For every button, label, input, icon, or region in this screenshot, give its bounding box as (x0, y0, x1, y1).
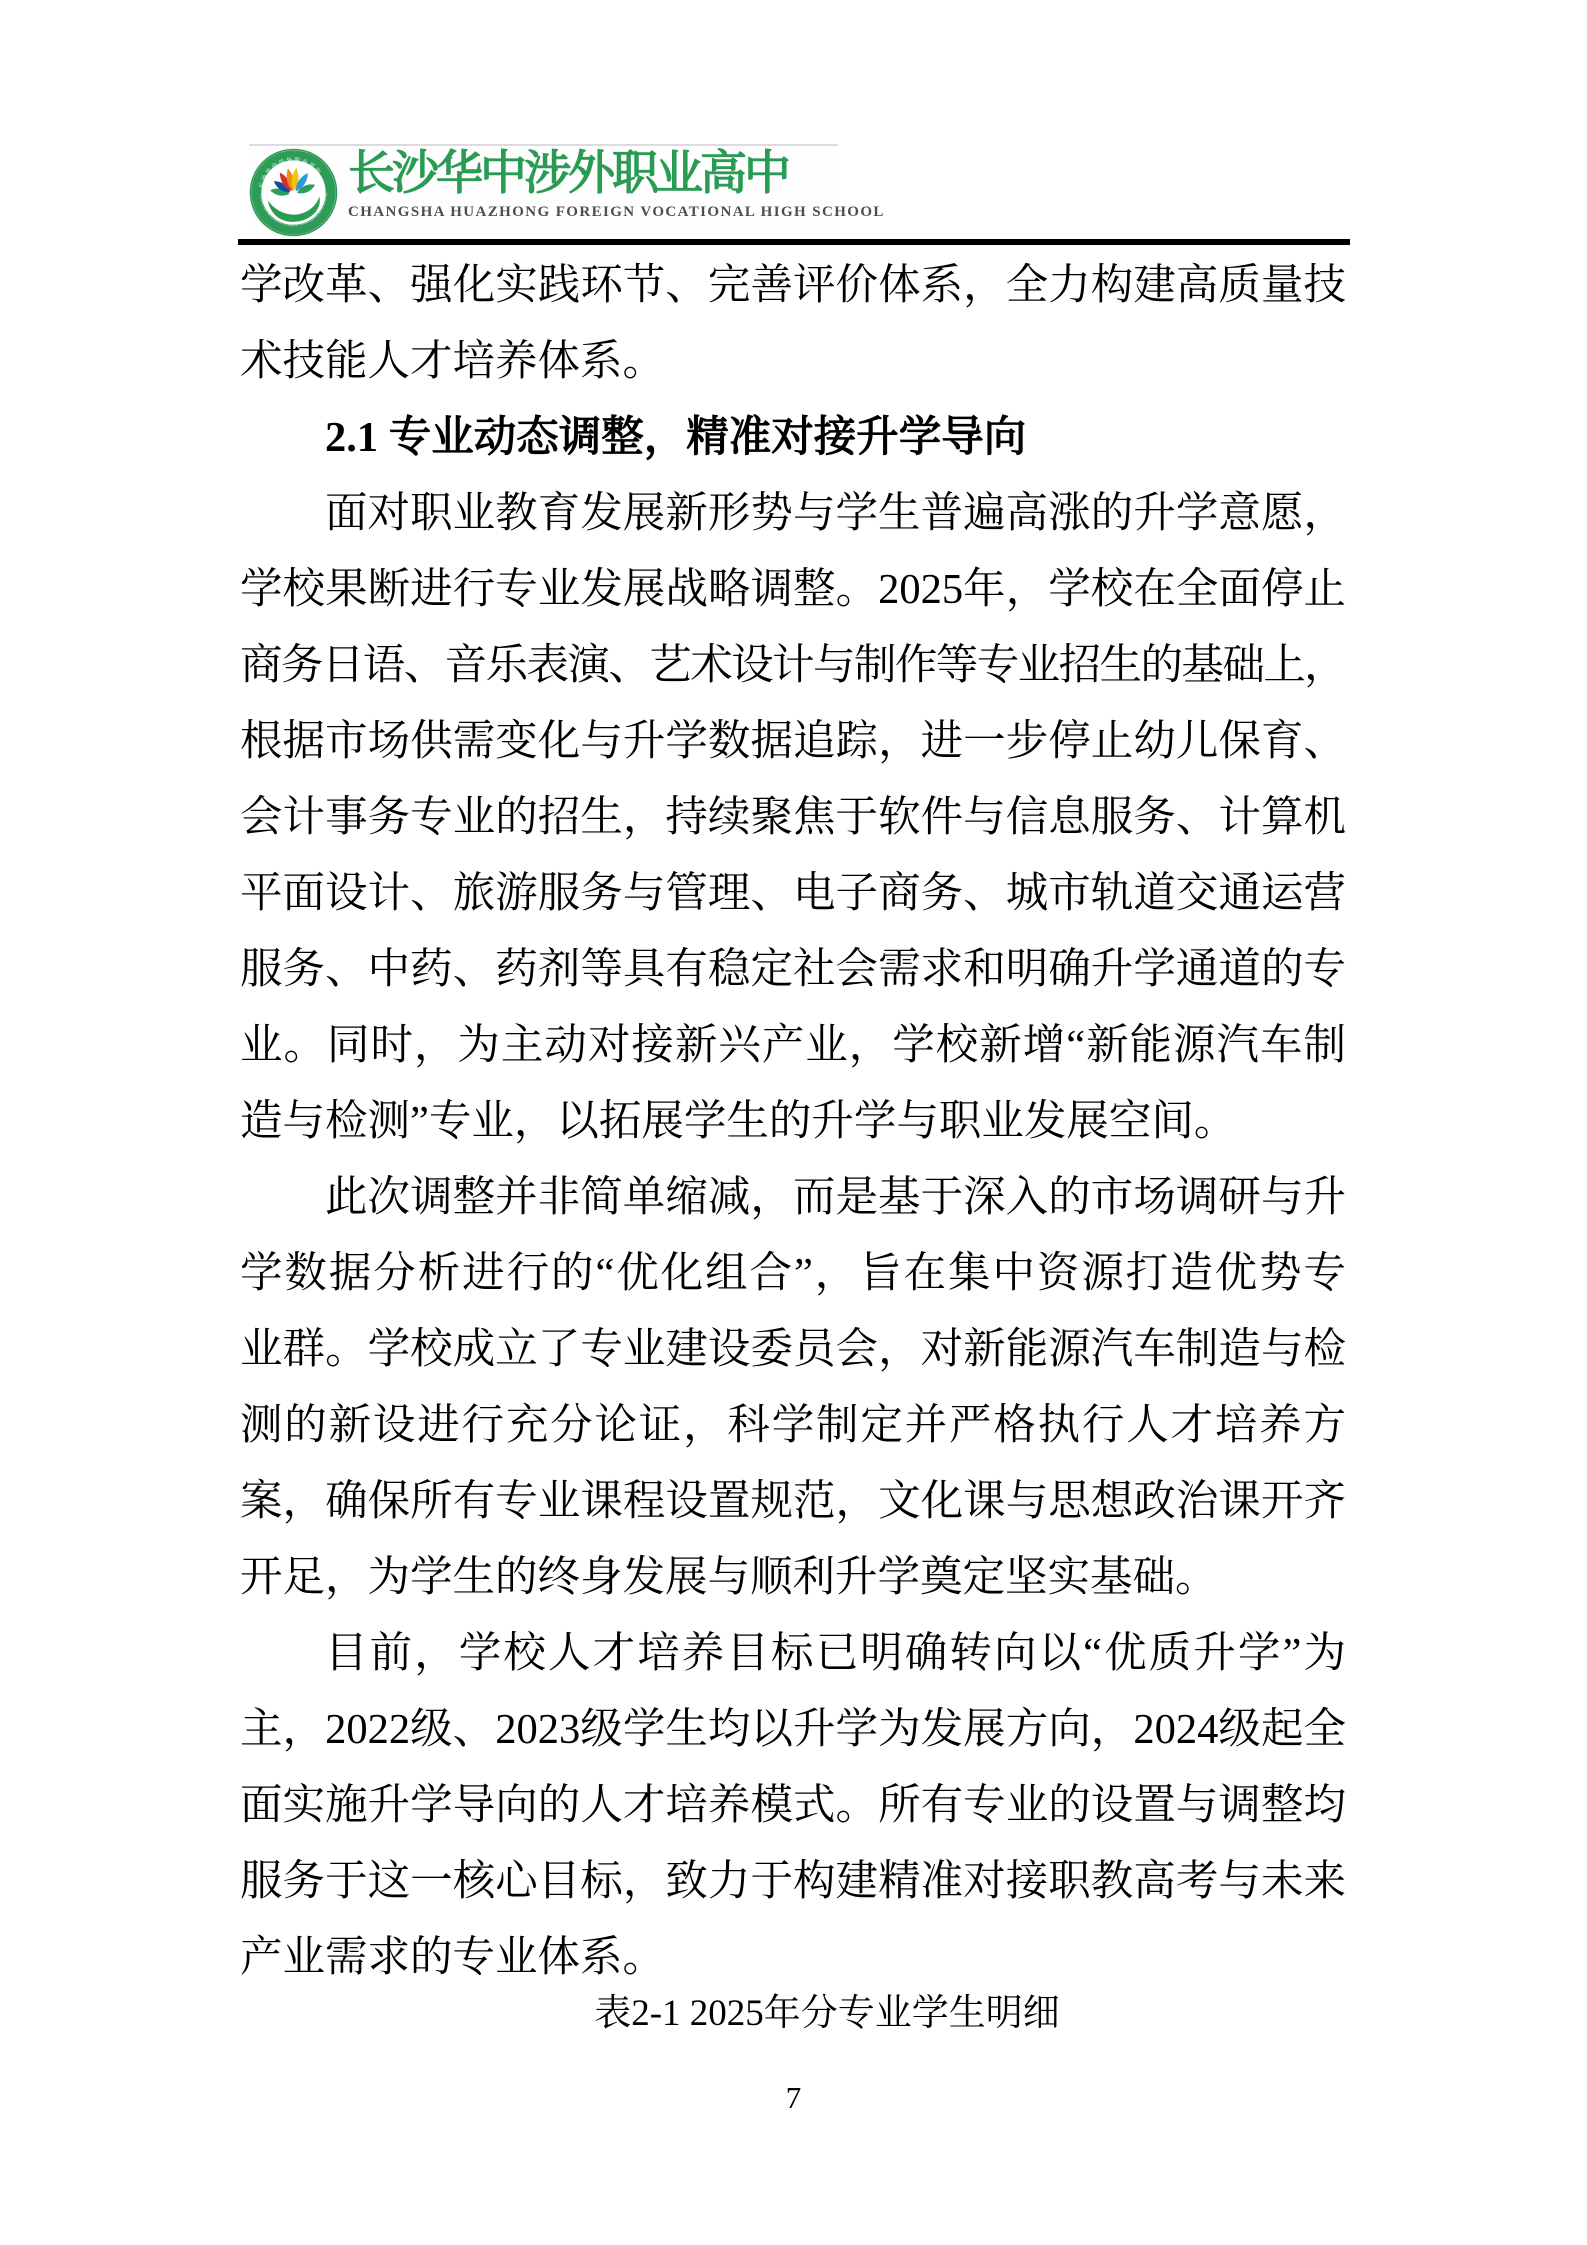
paragraph: 目前，学校人才培养目标已明确转向以“优质升学”为主，2022级、2023级学生均… (240, 1616, 1346, 1996)
text-line: 目前，学校人才培养目标已明确转向以“优质升学”为 (240, 1616, 1346, 1692)
text-line: 业。同时，为主动对接新兴产业，学校新增“新能源汽车制 (240, 1008, 1346, 1084)
text-line: 平面设计、旅游服务与管理、电子商务、城市轨道交通运营 (240, 856, 1346, 932)
text-line: 会计事务专业的招生，持续聚焦于软件与信息服务、计算机 (240, 780, 1346, 856)
text-line: 开足，为学生的终身发展与顺利升学奠定坚实基础。 (240, 1540, 1346, 1616)
text-line: 此次调整并非简单缩减，而是基于深入的市场调研与升 (240, 1160, 1346, 1236)
school-logo: 长沙华中涉外职业高中 CHANGSHA HUAZHONG FOREIGN VOC… (249, 148, 338, 237)
text-line: 案，确保所有专业课程设置规范，文化课与思想政治课开齐 (240, 1464, 1346, 1540)
text-line: 2.1 专业动态调整，精准对接升学导向 (240, 400, 1346, 476)
school-name-en: CHANGSHA HUAZHONG FOREIGN VOCATIONAL HIG… (348, 203, 838, 221)
document-body: 学改革、强化实践环节、完善评价体系，全力构建高质量技术技能人才培养体系。2.1 … (240, 248, 1346, 2044)
school-name-zh: 长沙华中涉外职业高中 (348, 146, 838, 202)
page-number: 7 (0, 2080, 1587, 2116)
header-divider-rule (238, 239, 1350, 245)
school-logo-icon: 长沙华中涉外职业高中 CHANGSHA HUAZHONG FOREIGN VOC… (249, 148, 338, 237)
text-line: 学校果断进行专业发展战略调整。2025年，学校在全面停止 (240, 552, 1346, 628)
paragraph: 此次调整并非简单缩减，而是基于深入的市场调研与升学数据分析进行的“优化组合”，旨… (240, 1160, 1346, 1616)
text-line: 术技能人才培养体系。 (240, 324, 1346, 400)
text-line: 主，2022级、2023级学生均以升学为发展方向，2024级起全 (240, 1692, 1346, 1768)
text-line: 学数据分析进行的“优化组合”，旨在集中资源打造优势专 (240, 1236, 1346, 1312)
text-line: 业群。学校成立了专业建设委员会，对新能源汽车制造与检 (240, 1312, 1346, 1388)
text-line: 服务、中药、药剂等具有稳定社会需求和明确升学通道的专 (240, 932, 1346, 1008)
text-line: 商务日语、音乐表演、艺术设计与制作等专业招生的基础上， (240, 628, 1346, 704)
school-titles: 长沙华中涉外职业高中 CHANGSHA HUAZHONG FOREIGN VOC… (348, 146, 838, 221)
section-heading: 2.1 专业动态调整，精准对接升学导向 (240, 400, 1346, 476)
paragraph: 学改革、强化实践环节、完善评价体系，全力构建高质量技术技能人才培养体系。 (240, 248, 1346, 400)
text-line: 学改革、强化实践环节、完善评价体系，全力构建高质量技 (240, 248, 1346, 324)
text-line: 服务于这一核心目标，致力于构建精准对接职教高考与未来 (240, 1844, 1346, 1920)
school-letterhead: 长沙华中涉外职业高中 CHANGSHA HUAZHONG FOREIGN VOC… (249, 144, 838, 239)
text-line: 面实施升学导向的人才培养模式。所有专业的设置与调整均 (240, 1768, 1346, 1844)
text-line: 测的新设进行充分论证，科学制定并严格执行人才培养方 (240, 1388, 1346, 1464)
text-line: 根据市场供需变化与升学数据追踪，进一步停止幼儿保育、 (240, 704, 1346, 780)
paragraph: 面对职业教育发展新形势与学生普遍高涨的升学意愿，学校果断进行专业发展战略调整。2… (240, 476, 1346, 1160)
text-line: 面对职业教育发展新形势与学生普遍高涨的升学意愿， (240, 476, 1346, 552)
text-line: 造与检测”专业，以拓展学生的升学与职业发展空间。 (240, 1084, 1346, 1160)
document-page: 长沙华中涉外职业高中 CHANGSHA HUAZHONG FOREIGN VOC… (0, 0, 1587, 2245)
